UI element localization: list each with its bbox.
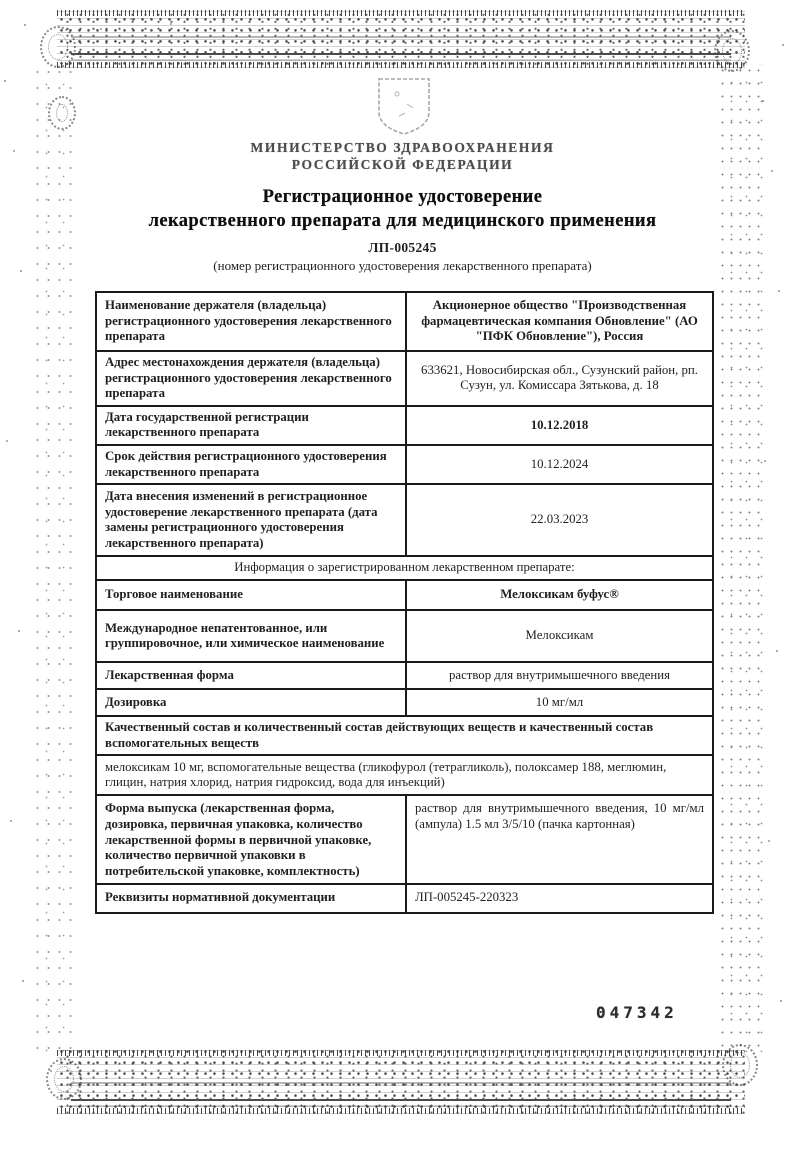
table-row: Адрес местонахождения держателя (владель… <box>96 351 713 406</box>
table-row: Дата внесения изменений в регистрационно… <box>96 484 713 556</box>
row-value-cell: 10.12.2024 <box>406 445 713 484</box>
ministry-name-line2: РОССИЙСКОЙ ФЕДЕРАЦИИ <box>0 157 805 173</box>
row-label-cell: Дата государственной регистрации лекарст… <box>96 406 406 445</box>
table-row: Наименование держателя (владельца) регис… <box>96 292 713 351</box>
ministry-name-line1: МИНИСТЕРСТВО ЗДРАВООХРАНЕНИЯ <box>0 140 805 156</box>
row-value-cell: ЛП-005245-220323 <box>406 884 713 913</box>
registration-table-body: Наименование держателя (владельца) регис… <box>96 292 713 913</box>
table-row: Торговое наименованиеМелоксикам буфус® <box>96 580 713 610</box>
row-value-cell: Акционерное общество "Производственная ф… <box>406 292 713 351</box>
certificate-number: ЛП-005245 <box>0 240 805 256</box>
table-row: мелоксикам 10 мг, вспомогательные вещест… <box>96 755 713 795</box>
row-value-cell: раствор для внутримышечного введения <box>406 662 713 689</box>
table-row: Реквизиты нормативной документацииЛП-005… <box>96 884 713 913</box>
row-label-cell: Дозировка <box>96 689 406 716</box>
document-title-line1: Регистрационное удостоверение <box>0 187 805 208</box>
guilloche-border-top <box>57 10 745 68</box>
row-value-cell: Мелоксикам буфус® <box>406 580 713 610</box>
merged-cell: Качественный состав и количественный сос… <box>96 716 713 755</box>
coat-of-arms-icon <box>369 76 439 138</box>
table-row: Дозировка10 мг/мл <box>96 689 713 716</box>
guilloche-border-bottom <box>57 1050 745 1114</box>
blank-serial-number: 047342 <box>596 1003 678 1022</box>
scan-noise <box>10 20 12 22</box>
table-row: Международное непатентованное, или групп… <box>96 610 713 662</box>
merged-cell: Информация о зарегистрированном лекарств… <box>96 556 713 580</box>
row-label-cell: Дата внесения изменений в регистрационно… <box>96 484 406 556</box>
table-row: Информация о зарегистрированном лекарств… <box>96 556 713 580</box>
corner-rosette-icon <box>722 1044 758 1086</box>
corner-rosette-icon <box>48 96 76 130</box>
table-row: Срок действия регистрационного удостовер… <box>96 445 713 484</box>
scan-noise <box>768 40 770 42</box>
corner-rosette-icon <box>714 30 750 72</box>
registration-details-table: Наименование держателя (владельца) регис… <box>95 291 714 914</box>
row-label-cell: Лекарственная форма <box>96 662 406 689</box>
row-value-cell: раствор для внутримышечного введения, 10… <box>406 795 713 883</box>
merged-cell: мелоксикам 10 мг, вспомогательные вещест… <box>96 755 713 795</box>
row-value-cell: 22.03.2023 <box>406 484 713 556</box>
row-label-cell: Форма выпуска (лекарственная форма, дози… <box>96 795 406 883</box>
row-value-cell: 10.12.2018 <box>406 406 713 445</box>
table-row: Форма выпуска (лекарственная форма, дози… <box>96 795 713 883</box>
corner-rosette-icon <box>40 26 76 68</box>
row-label-cell: Наименование держателя (владельца) регис… <box>96 292 406 351</box>
row-label-cell: Адрес местонахождения держателя (владель… <box>96 351 406 406</box>
row-label-cell: Реквизиты нормативной документации <box>96 884 406 913</box>
table-row: Качественный состав и количественный сос… <box>96 716 713 755</box>
row-value-cell: Мелоксикам <box>406 610 713 662</box>
scanned-registration-certificate: МИНИСТЕРСТВО ЗДРАВООХРАНЕНИЯ РОССИЙСКОЙ … <box>0 0 805 1150</box>
table-row: Лекарственная формараствор для внутримыш… <box>96 662 713 689</box>
corner-rosette-icon <box>46 1058 82 1100</box>
row-label-cell: Срок действия регистрационного удостовер… <box>96 445 406 484</box>
row-label-cell: Международное непатентованное, или групп… <box>96 610 406 662</box>
row-label-cell: Торговое наименование <box>96 580 406 610</box>
row-value-cell: 10 мг/мл <box>406 689 713 716</box>
certificate-number-caption: (номер регистрационного удостоверения ле… <box>0 258 805 274</box>
row-value-cell: 633621, Новосибирская обл., Сузунский ра… <box>406 351 713 406</box>
table-row: Дата государственной регистрации лекарст… <box>96 406 713 445</box>
document-title-line2: лекарственного препарата для медицинског… <box>0 211 805 232</box>
